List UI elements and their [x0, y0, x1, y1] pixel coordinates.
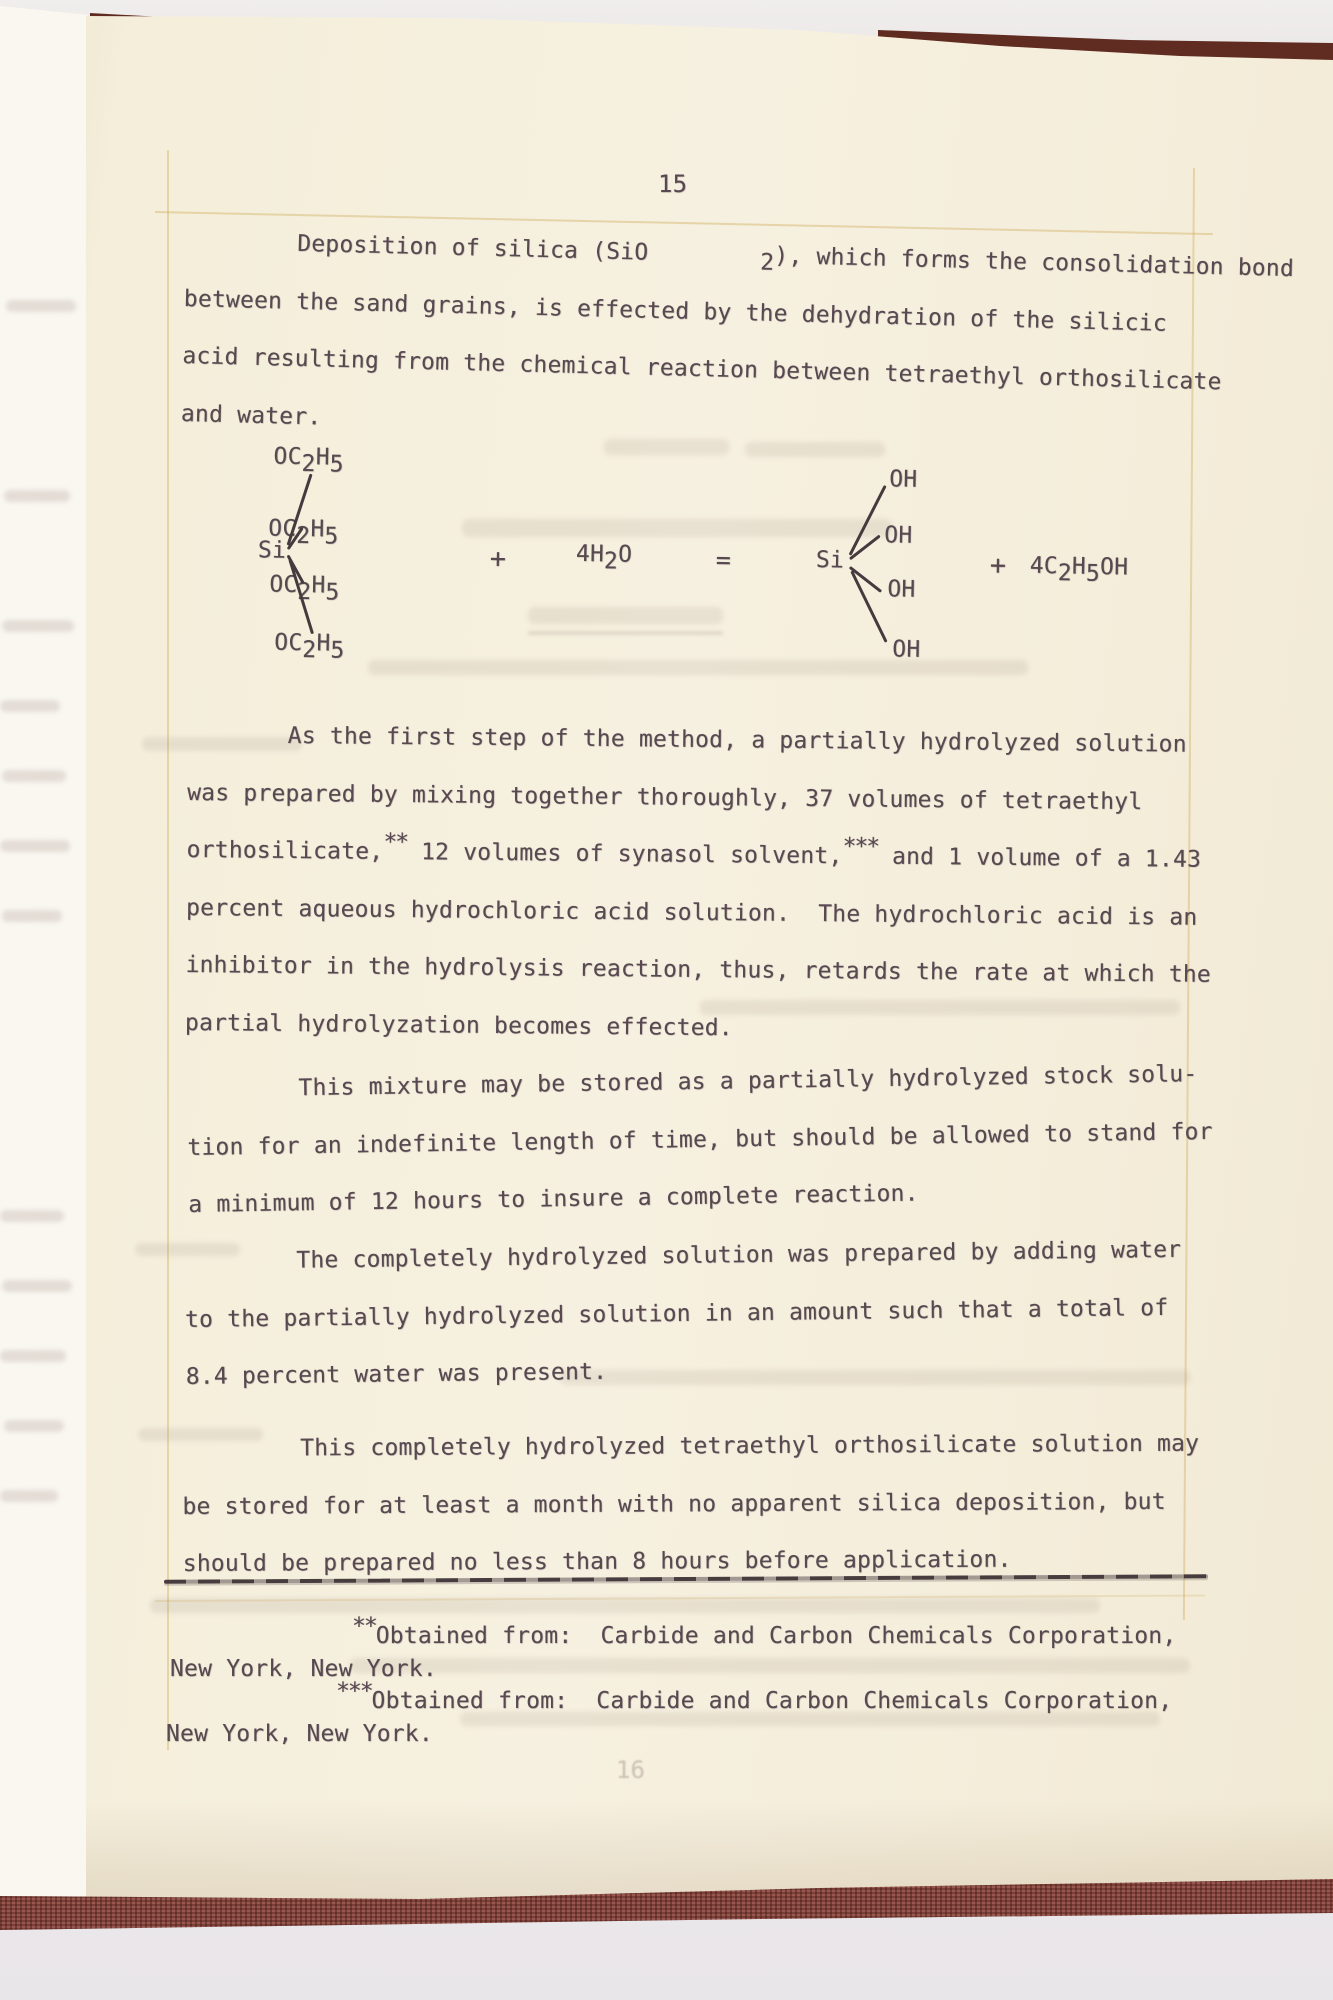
ghost-text-smudge — [2, 910, 62, 922]
ethanol-term: 4C2H5OH — [1030, 553, 1129, 581]
ghost-text-smudge — [0, 1210, 64, 1222]
ghost-text-smudge — [0, 1350, 66, 1362]
hydroxyl-group: OH — [887, 576, 916, 602]
paragraph-3: This mixture may be stored as a partiall… — [186, 1046, 1204, 1234]
text-line: As the first step of the method, a parti… — [187, 707, 1203, 774]
ghost-page-number: 16 — [616, 1756, 645, 1784]
ethoxy-group: OC2H5 — [268, 515, 339, 542]
margin-guide-left — [167, 150, 169, 1750]
text-line: should be prepared no less than 8 hours … — [183, 1531, 1198, 1594]
paragraph-2: As the first step of the method, a parti… — [185, 707, 1203, 1062]
text-line: This completely hydrolyzed tetraethyl or… — [182, 1416, 1197, 1479]
text-line: was prepared by mixing together thorough… — [187, 764, 1203, 831]
footnotes: **Obtained from: Carbide and Carbon Chem… — [160, 1620, 1220, 1750]
plus-sign: + — [989, 550, 1006, 581]
ghost-text-smudge — [2, 1280, 72, 1292]
water-term: 4H2O — [576, 541, 633, 568]
ethoxy-group: OC2H5 — [273, 444, 344, 471]
ethoxy-group: OC2H5 — [269, 571, 340, 598]
plus-sign: + — [490, 543, 507, 574]
footnote-line: **Obtained from: Carbide and Carbon Chem… — [160, 1620, 1220, 1653]
ghost-text-smudge — [4, 1420, 64, 1432]
chemical-equation: Si OC2H5 OC2H5 OC2H5 OC2H5 + 4H2O = Si O… — [182, 430, 1266, 689]
ghost-text-smudge — [4, 490, 70, 502]
footnote-line: ***Obtained from: Carbide and Carbon Che… — [160, 1685, 1220, 1718]
equals-sign: = — [716, 545, 732, 574]
ghost-text-smudge — [2, 770, 66, 782]
text-line: be stored for at least a month with no a… — [182, 1473, 1197, 1536]
paragraph-5: This completely hydrolyzed tetraethyl or… — [182, 1416, 1198, 1594]
paragraph-4: The completely hydrolyzed solution was p… — [184, 1222, 1201, 1407]
ghost-text-smudge — [0, 840, 70, 852]
text-line: percent aqueous hydrochloric acid soluti… — [186, 879, 1202, 946]
silicon-symbol-right: Si — [816, 547, 845, 573]
text-line: orthosilicate,** 12 volumes of synasol s… — [186, 822, 1202, 889]
ghost-text-smudge — [6, 300, 76, 312]
paragraph-1: Deposition of silica (SiO2), which forms… — [180, 213, 1200, 469]
page-number: 15 — [658, 170, 687, 198]
ethoxy-group: OC2H5 — [274, 630, 345, 657]
ghost-text-smudge — [0, 1490, 58, 1502]
book-photo: 15 Deposition of silica (SiO2), which fo… — [0, 0, 1333, 2000]
ghost-text-smudge — [2, 620, 74, 632]
hydroxyl-group: OH — [889, 466, 918, 492]
hydroxyl-group: OH — [884, 522, 913, 548]
ghost-text-smudge — [0, 700, 60, 712]
hydroxyl-group: OH — [892, 636, 921, 662]
text-line: inhibitor in the hydrolysis reaction, th… — [185, 937, 1201, 1004]
footnote-line: New York, New York. — [160, 1718, 1220, 1751]
